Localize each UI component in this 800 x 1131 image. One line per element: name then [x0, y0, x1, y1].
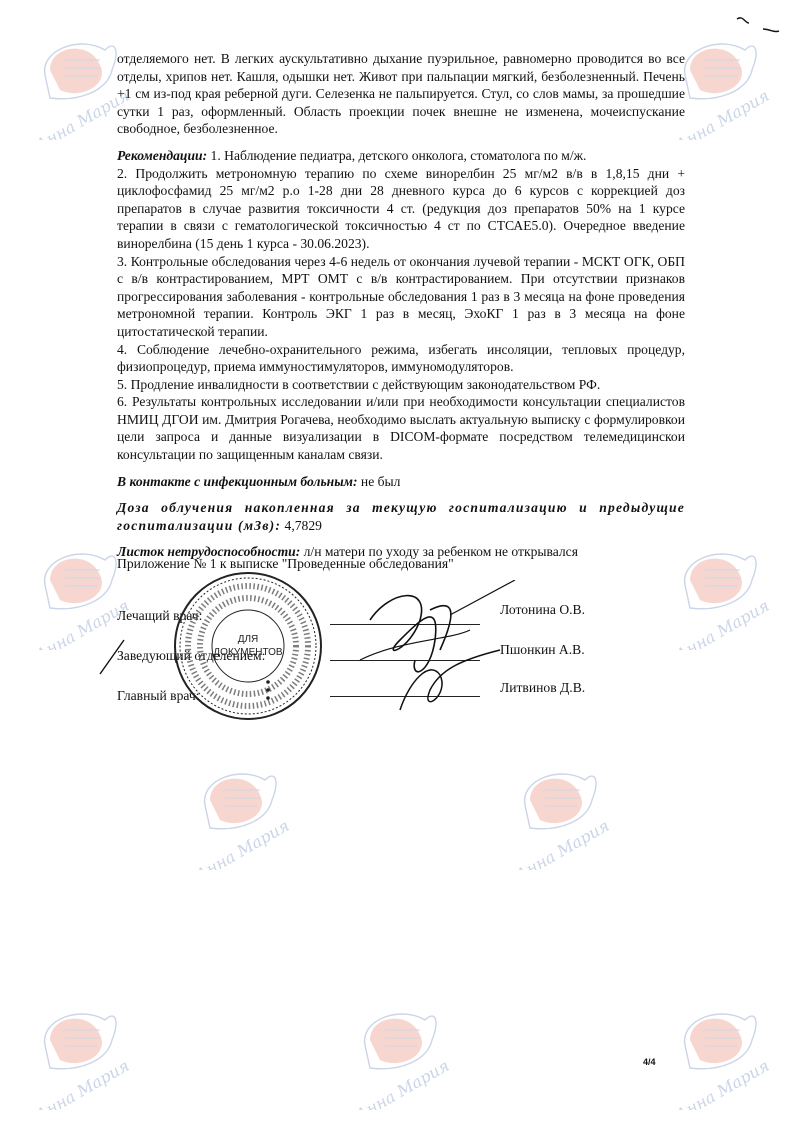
svg-text:Анна Мария: Анна Мария — [351, 1056, 452, 1110]
recommendation-1: Рекомендации: 1. Наблюдение педиатра, де… — [117, 147, 685, 165]
recommendation-6: 6. Результаты контрольных исследовании и… — [117, 393, 685, 463]
recommendation-4: 4. Соблюдение лечебно-охранительного реж… — [117, 341, 685, 376]
svg-text:Анна Мария: Анна Мария — [671, 596, 772, 650]
recommendations-label: Рекомендации: — [117, 148, 207, 163]
check-mark — [98, 636, 128, 676]
svg-text:ДЛЯ: ДЛЯ — [238, 634, 259, 645]
svg-text:ДОКУМЕНТОВ: ДОКУМЕНТОВ — [213, 647, 283, 658]
dose-line: Доза облучения накопленная за текущую го… — [117, 499, 685, 534]
svg-text:Анна Мария: Анна Мария — [191, 816, 292, 870]
exam-paragraph: отделяемого нет. В легких аускультативно… — [117, 50, 685, 138]
official-stamp: ДЛЯ ДОКУМЕНТОВ — [172, 570, 324, 722]
corner-marks — [735, 15, 785, 40]
svg-text:Анна Мария: Анна Мария — [511, 816, 612, 870]
svg-text:Анна Мария: Анна Мария — [671, 1056, 772, 1110]
watermark-logo: Анна Мария — [500, 760, 630, 870]
handwritten-signatures — [340, 580, 520, 720]
page-number: 4/4 — [643, 1057, 656, 1067]
recommendation-2: 2. Продолжить метрономную терапию по схе… — [117, 165, 685, 253]
watermark-logo: Анна Мария — [180, 760, 310, 870]
watermark-logo: Анна Мария — [340, 1000, 470, 1110]
watermark-logo: Анна Мария — [660, 1000, 790, 1110]
recommendation-3: 3. Контрольные обследования через 4-6 не… — [117, 253, 685, 341]
watermark-logo: Анна Мария — [20, 1000, 150, 1110]
svg-text:Анна Мария: Анна Мария — [671, 86, 772, 140]
svg-text:Анна Мария: Анна Мария — [31, 1056, 132, 1110]
recommendation-5: 5. Продление инвалидности в соответствии… — [117, 376, 685, 394]
document-body: отделяемого нет. В легких аускультативно… — [117, 50, 685, 561]
contact-line: В контакте с инфекционным больным: не бы… — [117, 473, 685, 491]
